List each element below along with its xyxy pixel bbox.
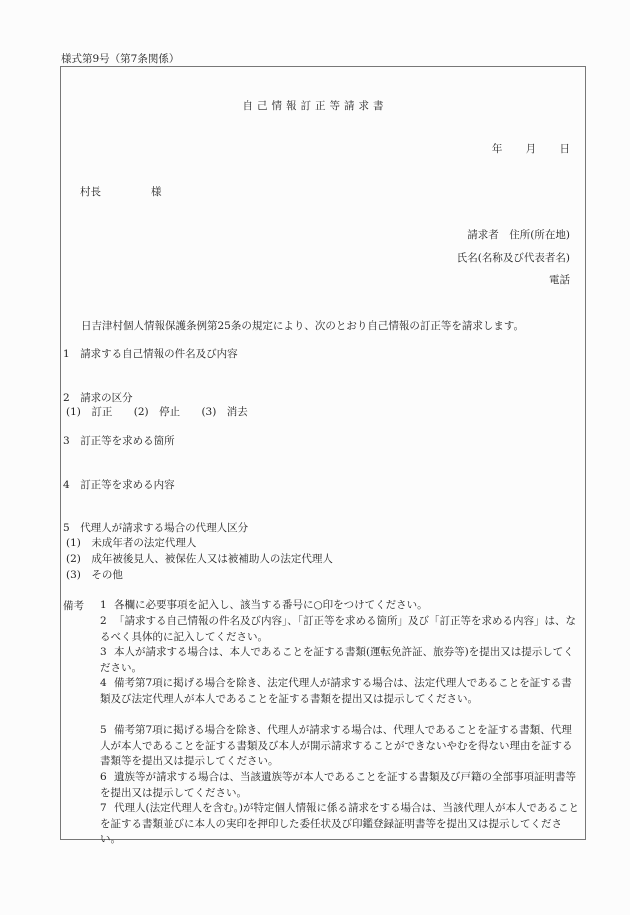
document-title: 自己情報訂正等請求書 — [0, 98, 630, 113]
date-day: 日 — [560, 143, 571, 155]
form-number-label: 様式第9号（第7条関係） — [61, 51, 179, 66]
section-4: 4 訂正等を求める内容 — [63, 477, 175, 492]
request-type-erase: (3) 消去 — [201, 406, 247, 418]
section-5: 5 代理人が請求する場合の代理人区分 — [63, 520, 248, 535]
agent-type-2: (2) 成年被後見人、被保佐人又は被補助人の法定代理人 — [66, 551, 333, 566]
agent-type-3: (3) その他 — [66, 567, 123, 582]
requester-name-label: 氏名(名称及び代表者名) — [457, 250, 570, 265]
addressee-honorific: 様 — [151, 186, 162, 198]
note-2: 2「請求する自己情報の件名及び内容」、「訂正等を求める箇所」及び「訂正等を求める… — [100, 614, 582, 645]
intro-statement: 日吉津村個人情報保護条例第25条の規定により、次のとおり自己情報の訂正等を請求し… — [81, 318, 524, 333]
note-4: 4備考第7項に掲げる場合を除き、法定代理人が請求する場合は、法定代理人であること… — [100, 676, 582, 707]
request-type-suspend: (2) 停止 — [134, 406, 180, 418]
note-3: 3本人が請求する場合は、本人であることを証する書類(運転免許証、旅券等)を提出又… — [100, 645, 582, 676]
section-1: 1 請求する自己情報の件名及び内容 — [63, 346, 238, 361]
section-3: 3 訂正等を求める箇所 — [63, 433, 175, 448]
date-month: 月 — [526, 143, 537, 155]
date-field: 年 月 日 — [472, 141, 570, 156]
addressee-name: 村長 — [80, 186, 101, 198]
note-1: 1各欄に必要事項を記入し、該当する番号に○印をつけてください。 — [100, 598, 582, 614]
note-6: 6遺族等が請求する場合は、当該遺族等が本人であることを証する書類及び戸籍の全部事… — [100, 770, 582, 801]
request-type-correct: (1) 訂正 — [66, 406, 112, 418]
notes-heading: 備考 — [63, 598, 84, 613]
date-year: 年 — [492, 143, 503, 155]
request-type-options: (1) 訂正 (2) 停止 (3) 消去 — [66, 404, 248, 419]
note-5: 5備考第7項に掲げる場合を除き、代理人が請求する場合は、代理人であることを証する… — [100, 723, 582, 770]
agent-type-1: (1) 未成年者の法定代理人 — [66, 535, 196, 550]
addressee: 村長様 — [80, 184, 162, 199]
requester-phone-label: 電話 — [549, 272, 570, 287]
requester-address-label: 請求者 住所(所在地) — [467, 227, 570, 242]
section-2: 2 請求の区分 — [63, 390, 133, 405]
note-7: 7代理人(法定代理人を含む。)が特定個人情報に係る請求をする場合は、当該代理人が… — [100, 801, 582, 848]
